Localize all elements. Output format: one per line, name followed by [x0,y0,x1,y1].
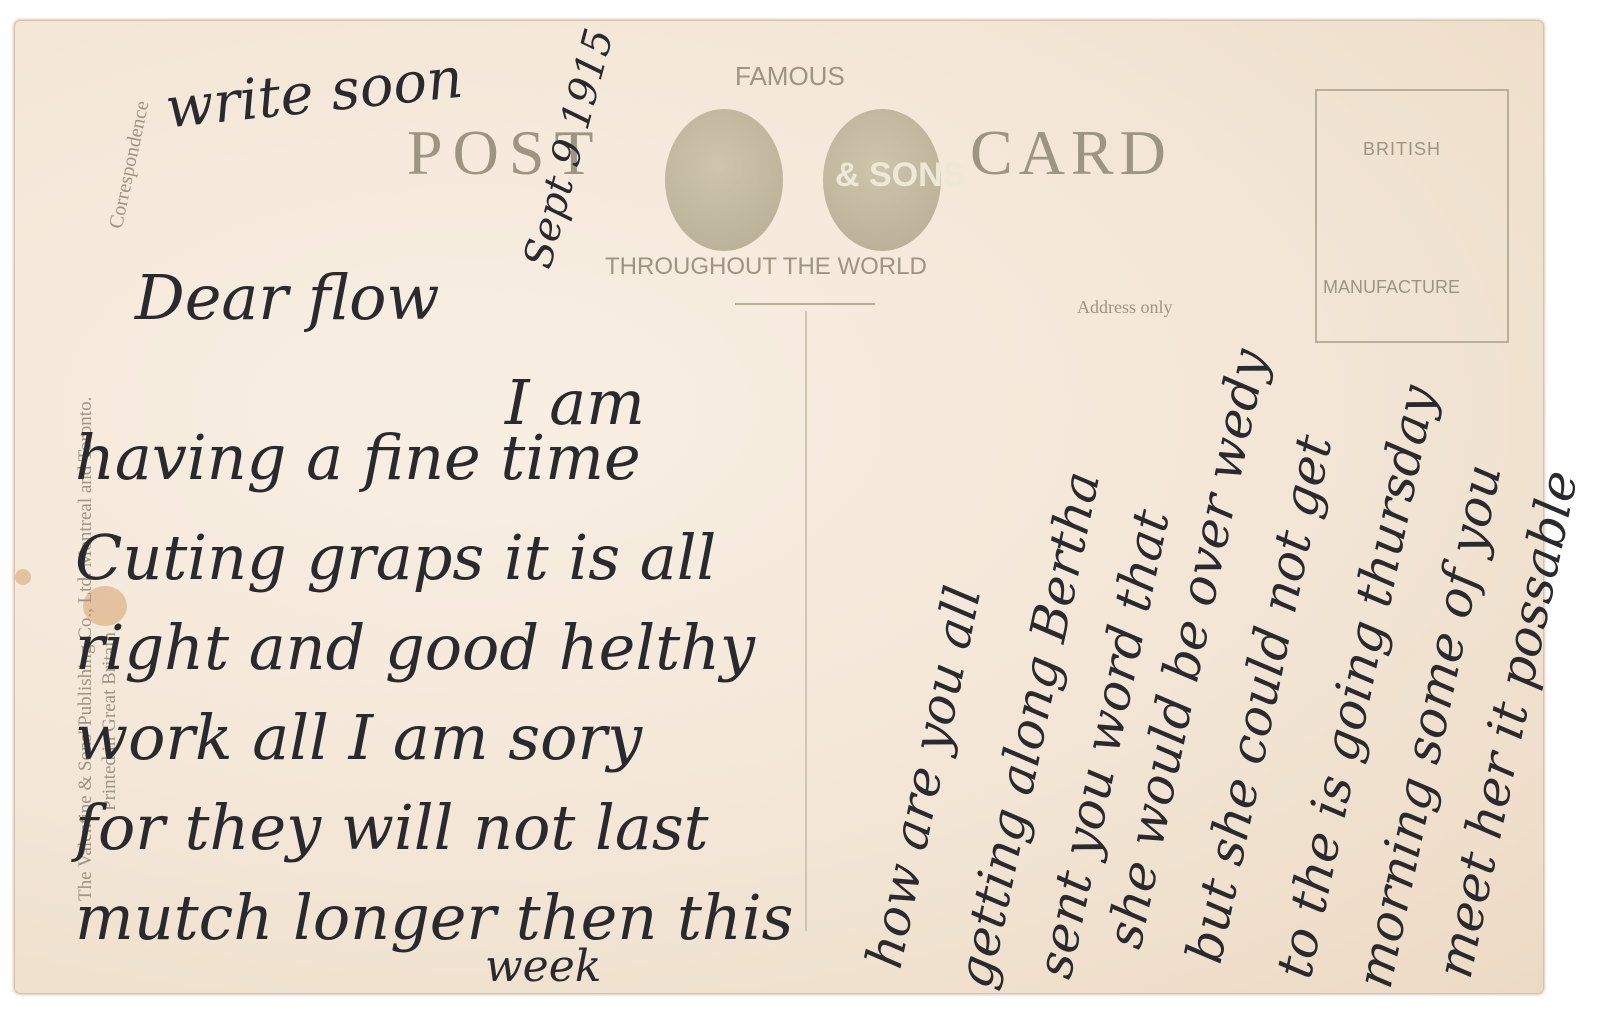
message-line: having a fine time [75,421,641,494]
rule [735,303,875,305]
address-label: Address only [1077,297,1173,318]
throughout-label: THROUGHOUT THE WORLD [605,253,927,281]
stamp-box [1315,89,1509,343]
famous-label: FAMOUS [735,61,845,92]
message-line: mutch longer then this [75,881,793,954]
message-line: for they will not last [75,791,709,864]
divider [805,311,807,931]
message-line: right and good helthy [75,611,755,684]
message-line: week [485,941,601,992]
stamp-bottom-label: MANUFACTURE [1323,277,1460,298]
stamp-top-label: BRITISH [1363,139,1441,160]
message-line: Cuting graps it is all [75,521,716,594]
postcard-back: POST CARD FAMOUS & SONS THROUGHOUT THE W… [14,20,1544,994]
stain [15,569,31,585]
message-line: Dear flow [135,261,439,334]
globe-icon [665,109,783,251]
message-line: work all I am sory [75,701,642,774]
correspondence-label: Correspondence [105,99,155,231]
sons-logo: & SONS [835,156,965,195]
card-word: CARD [970,116,1172,190]
